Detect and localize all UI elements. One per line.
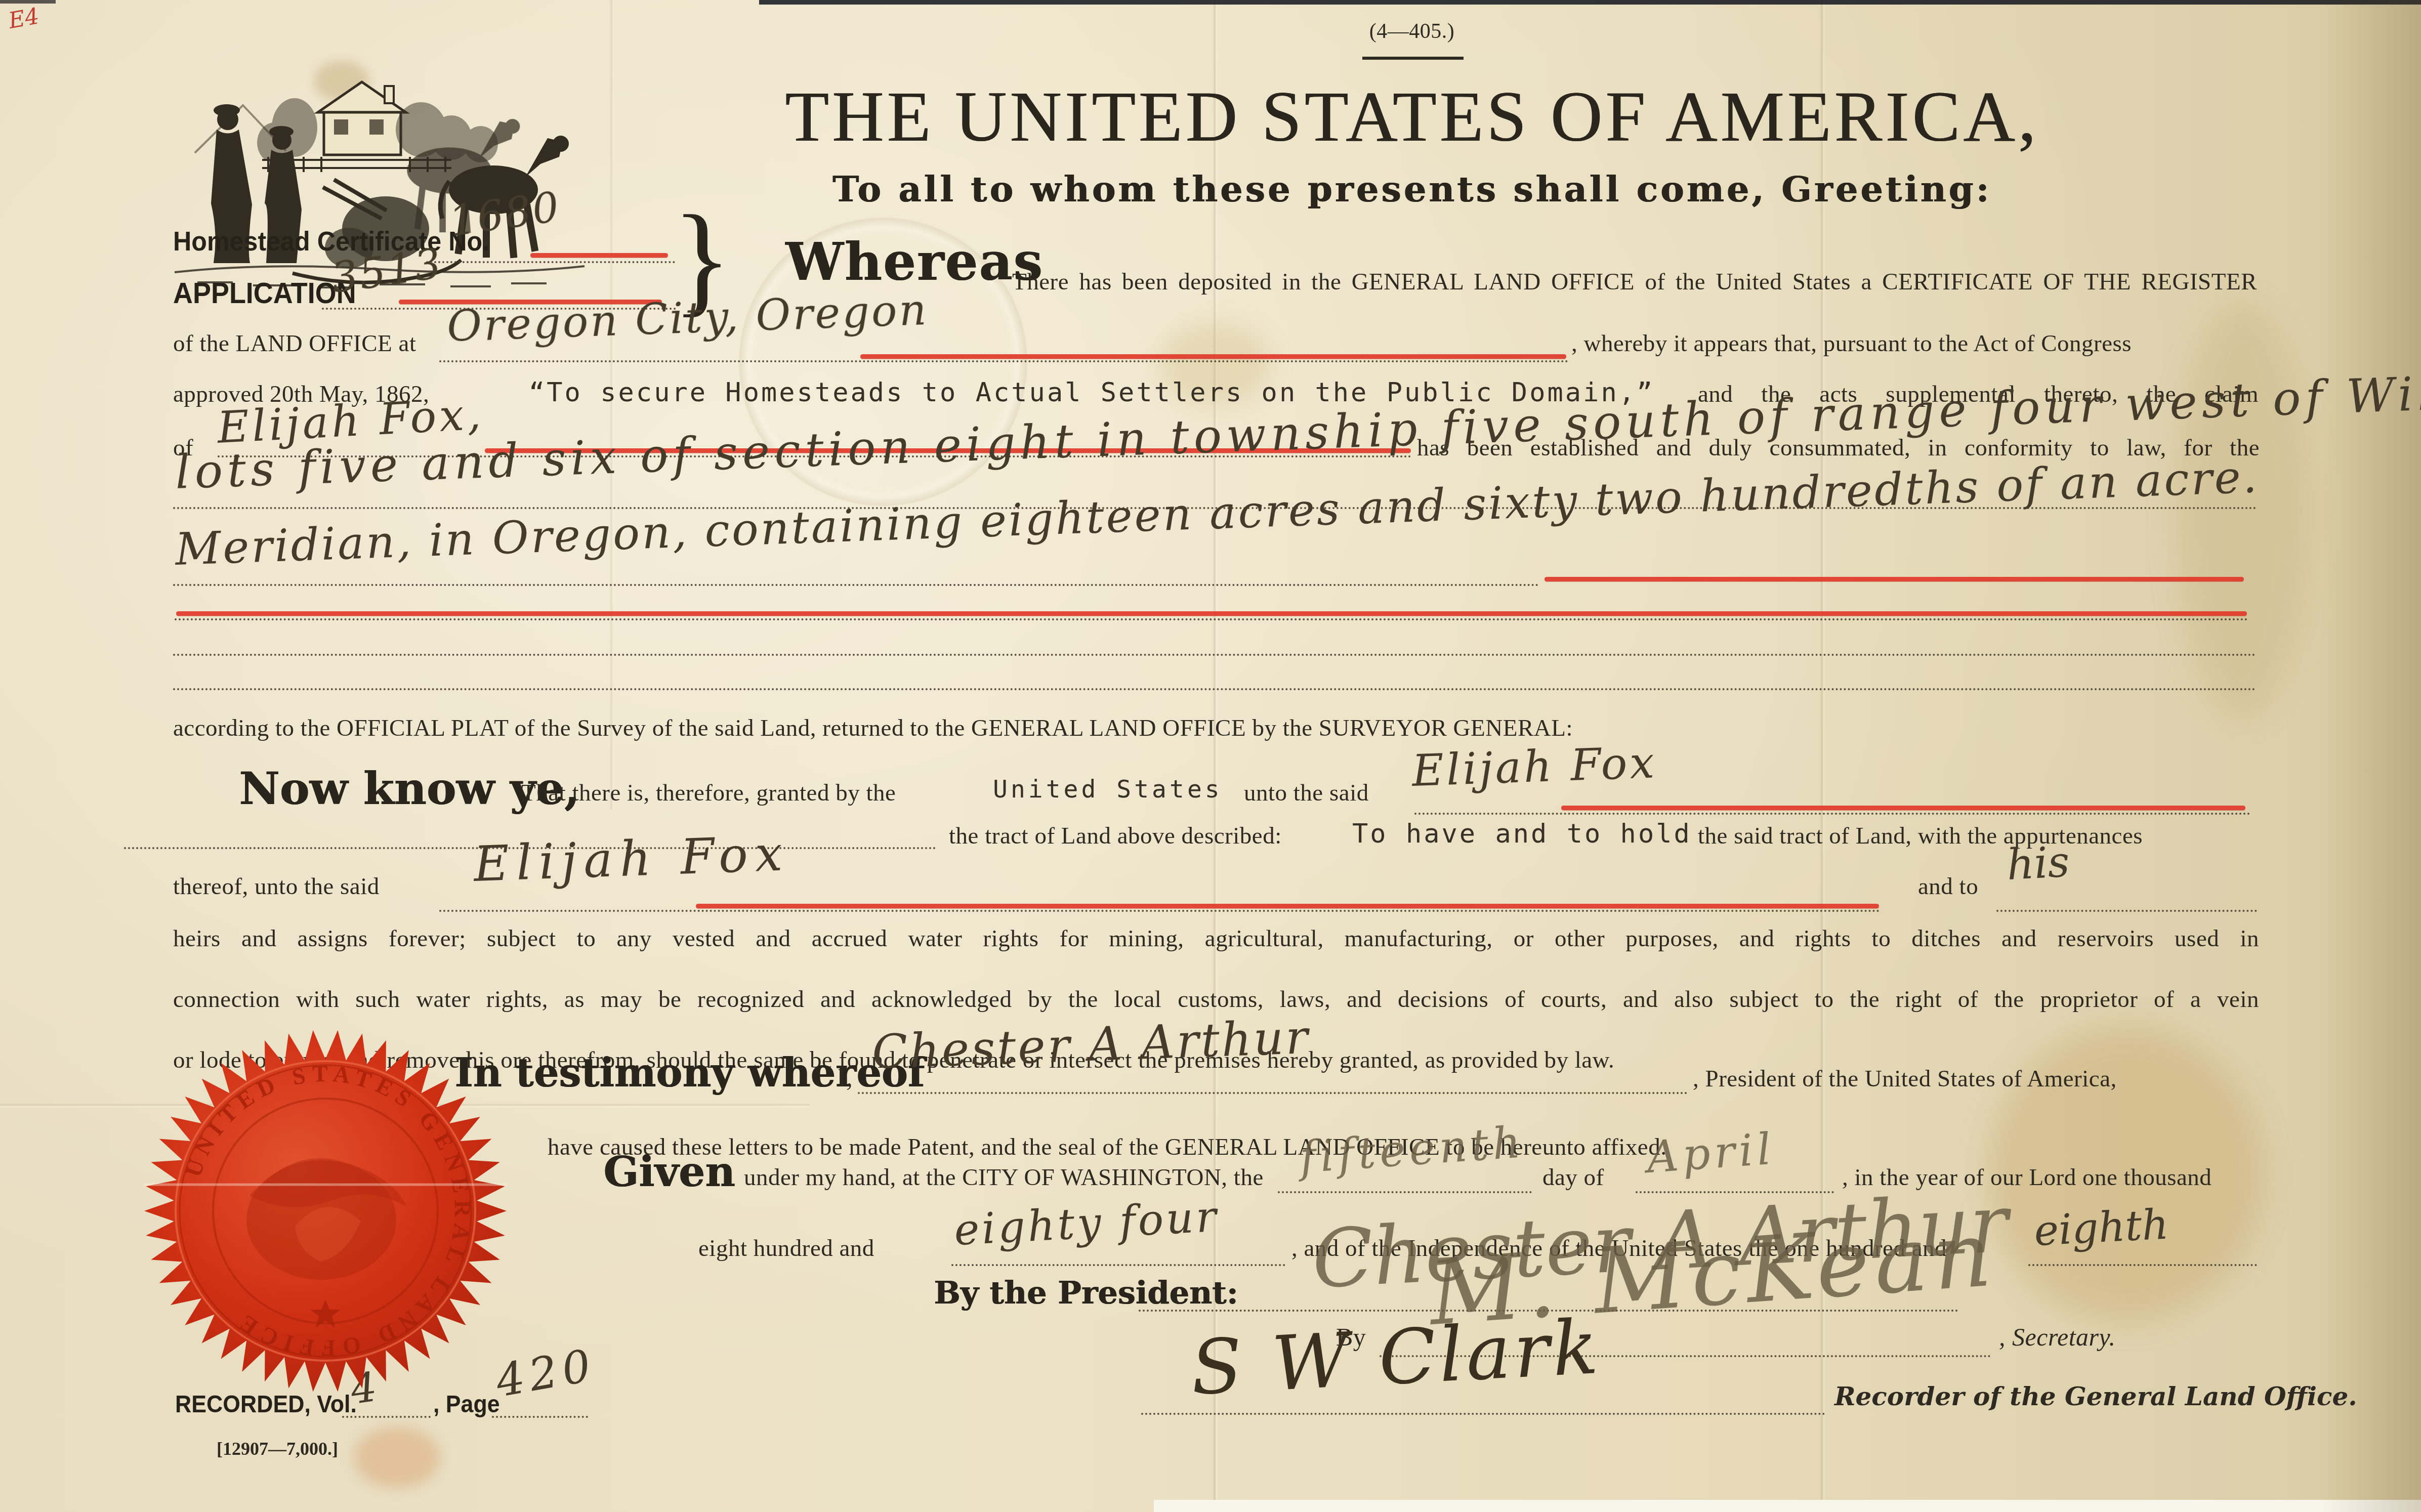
vignette-house: [318, 82, 406, 155]
grant-text2: unto the said: [1244, 779, 1369, 807]
tract-text1: the tract of Land above described:: [949, 822, 1282, 850]
salutation: To all to whom these presents shall come…: [653, 168, 2171, 210]
year-prefix-text: eight hundred and: [698, 1235, 874, 1262]
dotted-line-empty3: [173, 688, 2257, 690]
scan-edge-top-left: [0, 0, 56, 4]
red-underline-thereof: [696, 904, 1879, 908]
thereof-name-handwritten: Elijah Fox: [473, 825, 790, 893]
month-handwritten: April: [1645, 1124, 1777, 1183]
dotted-line-description2: [173, 584, 1539, 586]
conditions-line1: heirs and assigns forever; subject to an…: [173, 925, 2259, 952]
given-lead: Given: [603, 1148, 735, 1196]
document-title: THE UNITED STATES OF AMERICA,: [577, 75, 2247, 158]
whereas-text: There has been deposited in the GENERAL …: [1012, 268, 2257, 296]
application-label: APPLICATION: [173, 276, 356, 310]
dotted-line-empty2: [173, 654, 2257, 656]
plat-text: according to the OFFICIAL PLAT of the Su…: [173, 715, 1573, 742]
red-line-description-end: [1545, 577, 2244, 581]
president-suffix: , President of the United States of Amer…: [1693, 1065, 2117, 1093]
dotted-line-page: [492, 1416, 588, 1418]
dotted-line-grantee: [1414, 813, 2250, 815]
and-to-text: and to: [1918, 873, 1978, 900]
red-line-full-width: [176, 611, 2247, 616]
scan-edge-bottom: [1154, 1500, 2421, 1512]
land-office-prefix: of the LAND OFFICE at: [173, 330, 416, 357]
recorder-label: Recorder of the General Land Office.: [1834, 1381, 2357, 1411]
dotted-line-thereof: [439, 910, 1881, 912]
day-handwritten: fifteenth: [1298, 1117, 1526, 1183]
tract-emphasis: To have and to hold: [1352, 819, 1692, 849]
day-of-text: day of: [1542, 1164, 1604, 1191]
dotted-line-land-office: [439, 360, 1569, 362]
dotted-line-empty1: [175, 618, 2249, 620]
scan-edge-top: [759, 0, 2421, 5]
form-number: (4—405.): [1311, 19, 1513, 44]
dotted-line-recorder: [1141, 1413, 1825, 1415]
dotted-line-his: [1996, 910, 2257, 912]
grantee-name-handwritten: Elijah Fox: [1411, 737, 1658, 796]
scan-edge-right: [2320, 0, 2421, 1512]
red-underline-grantee: [1561, 806, 2245, 810]
given-text: under my hand, at the CITY OF WASHINGTON…: [744, 1164, 1264, 1191]
dotted-line-volume: [342, 1416, 431, 1418]
recorder-signature: S W Clark: [1189, 1304, 1603, 1412]
dotted-line-day: [1278, 1191, 1532, 1193]
dotted-line-certificate: [426, 261, 675, 263]
grant-united-states: United States: [993, 775, 1223, 804]
thereof-text: thereof, unto the said: [173, 873, 380, 900]
corner-annotation: E4: [7, 3, 41, 34]
whereby-text: , whereby it appears that, pursuant to t…: [1571, 330, 2132, 357]
stain-right-band: [2176, 304, 2308, 719]
testimony-i: I,: [838, 1063, 853, 1092]
red-underline-certificate: [530, 253, 668, 258]
form-number-rule: [1362, 57, 1464, 60]
whereas-lead: Whereas: [785, 232, 1043, 292]
tract-text2: the said tract of Land, with the appurte…: [1698, 822, 2143, 850]
testimony-lead: In testimony whereof: [454, 1050, 925, 1096]
general-land-office-seal: UNITED STATES GENERAL LAND OFFICE: [141, 1026, 510, 1396]
red-underline-land-office: [860, 354, 1566, 359]
stain-small: [354, 1427, 440, 1488]
dotted-line-year: [951, 1264, 1285, 1266]
dotted-line-president-name: [858, 1092, 1688, 1094]
conditions-line2: connection with such water rights, as ma…: [173, 986, 2259, 1013]
secretary-label: , Secretary.: [1999, 1322, 2115, 1352]
year-handwritten: eighty four: [953, 1192, 1220, 1255]
independence-handwritten: eighth: [2033, 1200, 2169, 1255]
by-president-label: By the President:: [934, 1274, 1238, 1311]
dotted-line-independence: [2028, 1264, 2257, 1266]
homestead-certificate-label: Homestead Certificate No.: [173, 226, 489, 257]
document-scan: E4: [0, 0, 2421, 1512]
his-word-handwritten: his: [2006, 837, 2071, 890]
grant-text1: That there is, therefore, granted by the: [521, 779, 896, 807]
plate-number: [12907—7,000.]: [217, 1438, 338, 1459]
